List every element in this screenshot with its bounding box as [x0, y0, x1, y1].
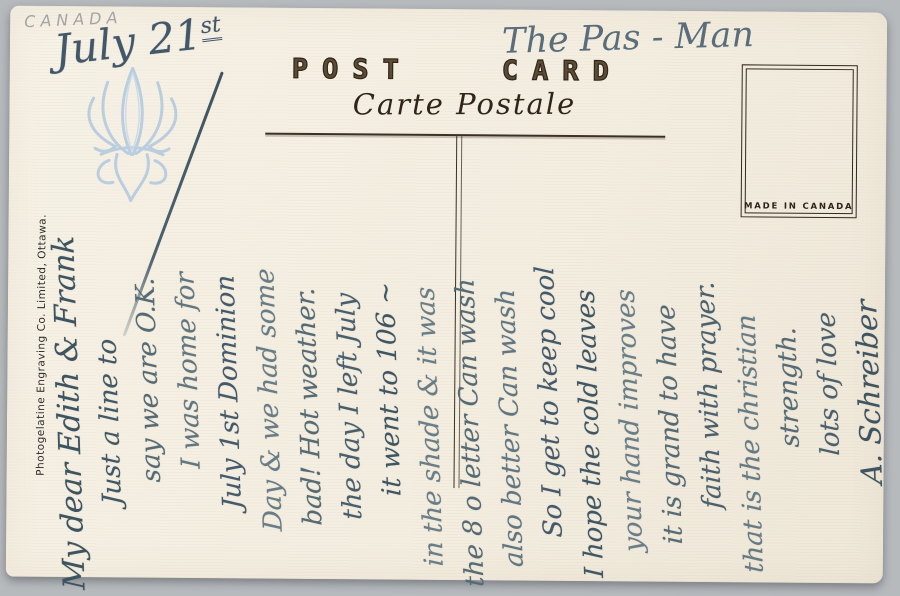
scanned-postcard-photo: { "colors": { "scan_background": "#b6bab… — [0, 0, 900, 596]
date-suffix: st — [199, 12, 222, 42]
carte-postale-subtitle: Carte Postale — [309, 87, 619, 122]
destination-note: The Pas - Man — [502, 15, 755, 62]
postcard: CANADA July 21st POST CARD Carte Postale… — [6, 6, 887, 584]
message-handwriting: My dear Edith & Frank Just a line to say… — [56, 118, 900, 596]
postcard-title-post: POST — [292, 54, 413, 86]
